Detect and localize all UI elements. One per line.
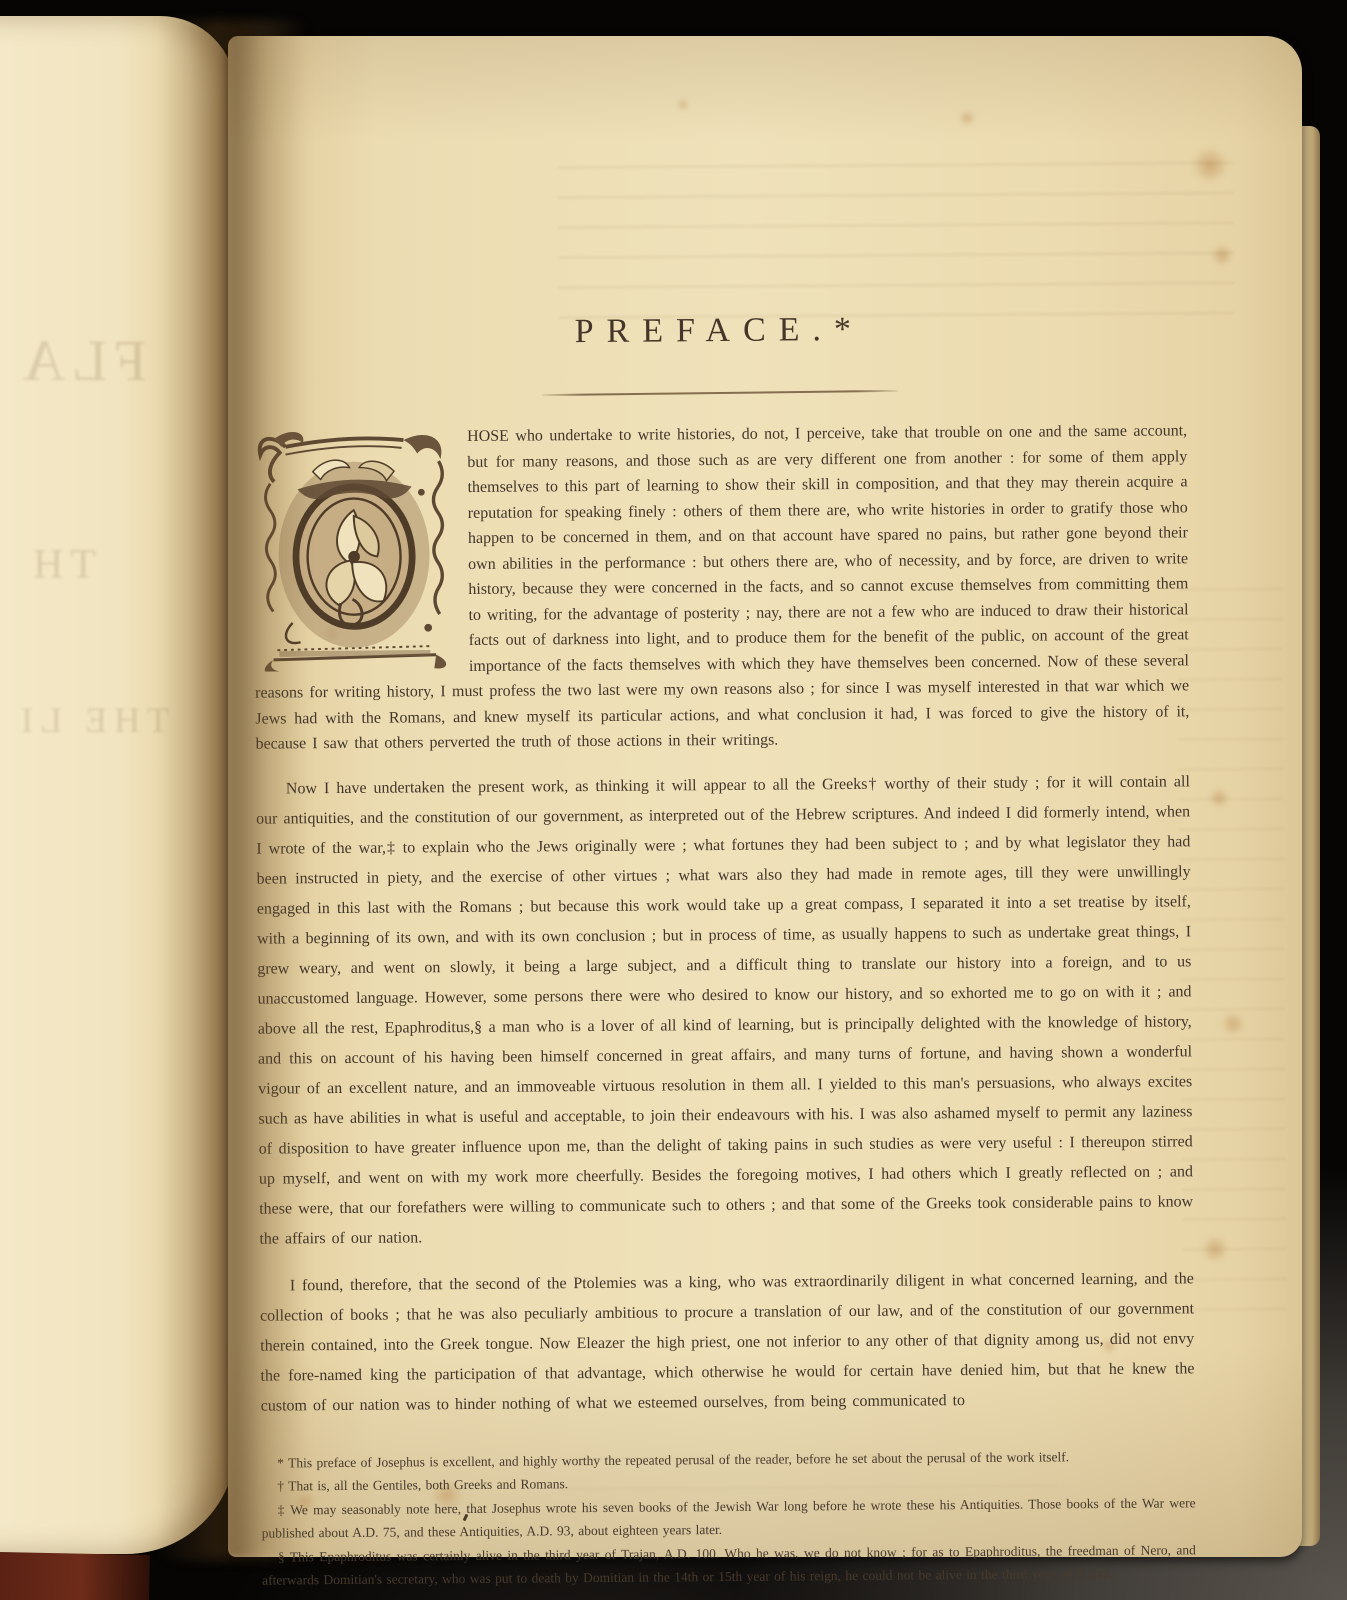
page-title: PREFACE.* <box>250 32 1186 353</box>
footnotes: * This preface of Josephus is excellent,… <box>261 1444 1196 1592</box>
ghost-text-fragment: FLA <box>16 332 147 390</box>
paragraph: Now I have undertaken the present work, … <box>256 767 1194 1254</box>
book-cover-edge <box>0 1552 150 1600</box>
bleedthrough-text-area <box>1177 588 1286 1313</box>
foxing-spot <box>1208 788 1230 808</box>
foxing-spot <box>1210 244 1234 266</box>
footnote-section: § This Epaphroditus was certainly alive … <box>262 1538 1196 1592</box>
foxing-spot <box>1200 1236 1230 1262</box>
footnote-double-dagger: ‡ We may seasonably note here, that Jose… <box>261 1491 1195 1545</box>
text-column: PREFACE.* <box>250 32 1196 1560</box>
book-page: PREFACE.* <box>228 36 1302 1557</box>
opening-paragraph: HOSE who undertake to write histories, d… <box>253 418 1190 757</box>
foxing-spot <box>1220 1012 1246 1036</box>
ghost-text-fragment: THE LI <box>14 702 169 738</box>
ghost-text-fragment: TH <box>26 544 96 586</box>
paragraph: I found, therefore, that the second of t… <box>260 1264 1195 1421</box>
foxing-spot <box>1190 148 1230 182</box>
title-rule <box>542 390 898 396</box>
previous-page-edge: FLA TH THE LI <box>0 16 236 1554</box>
ornamental-initial-t-icon <box>255 428 453 672</box>
